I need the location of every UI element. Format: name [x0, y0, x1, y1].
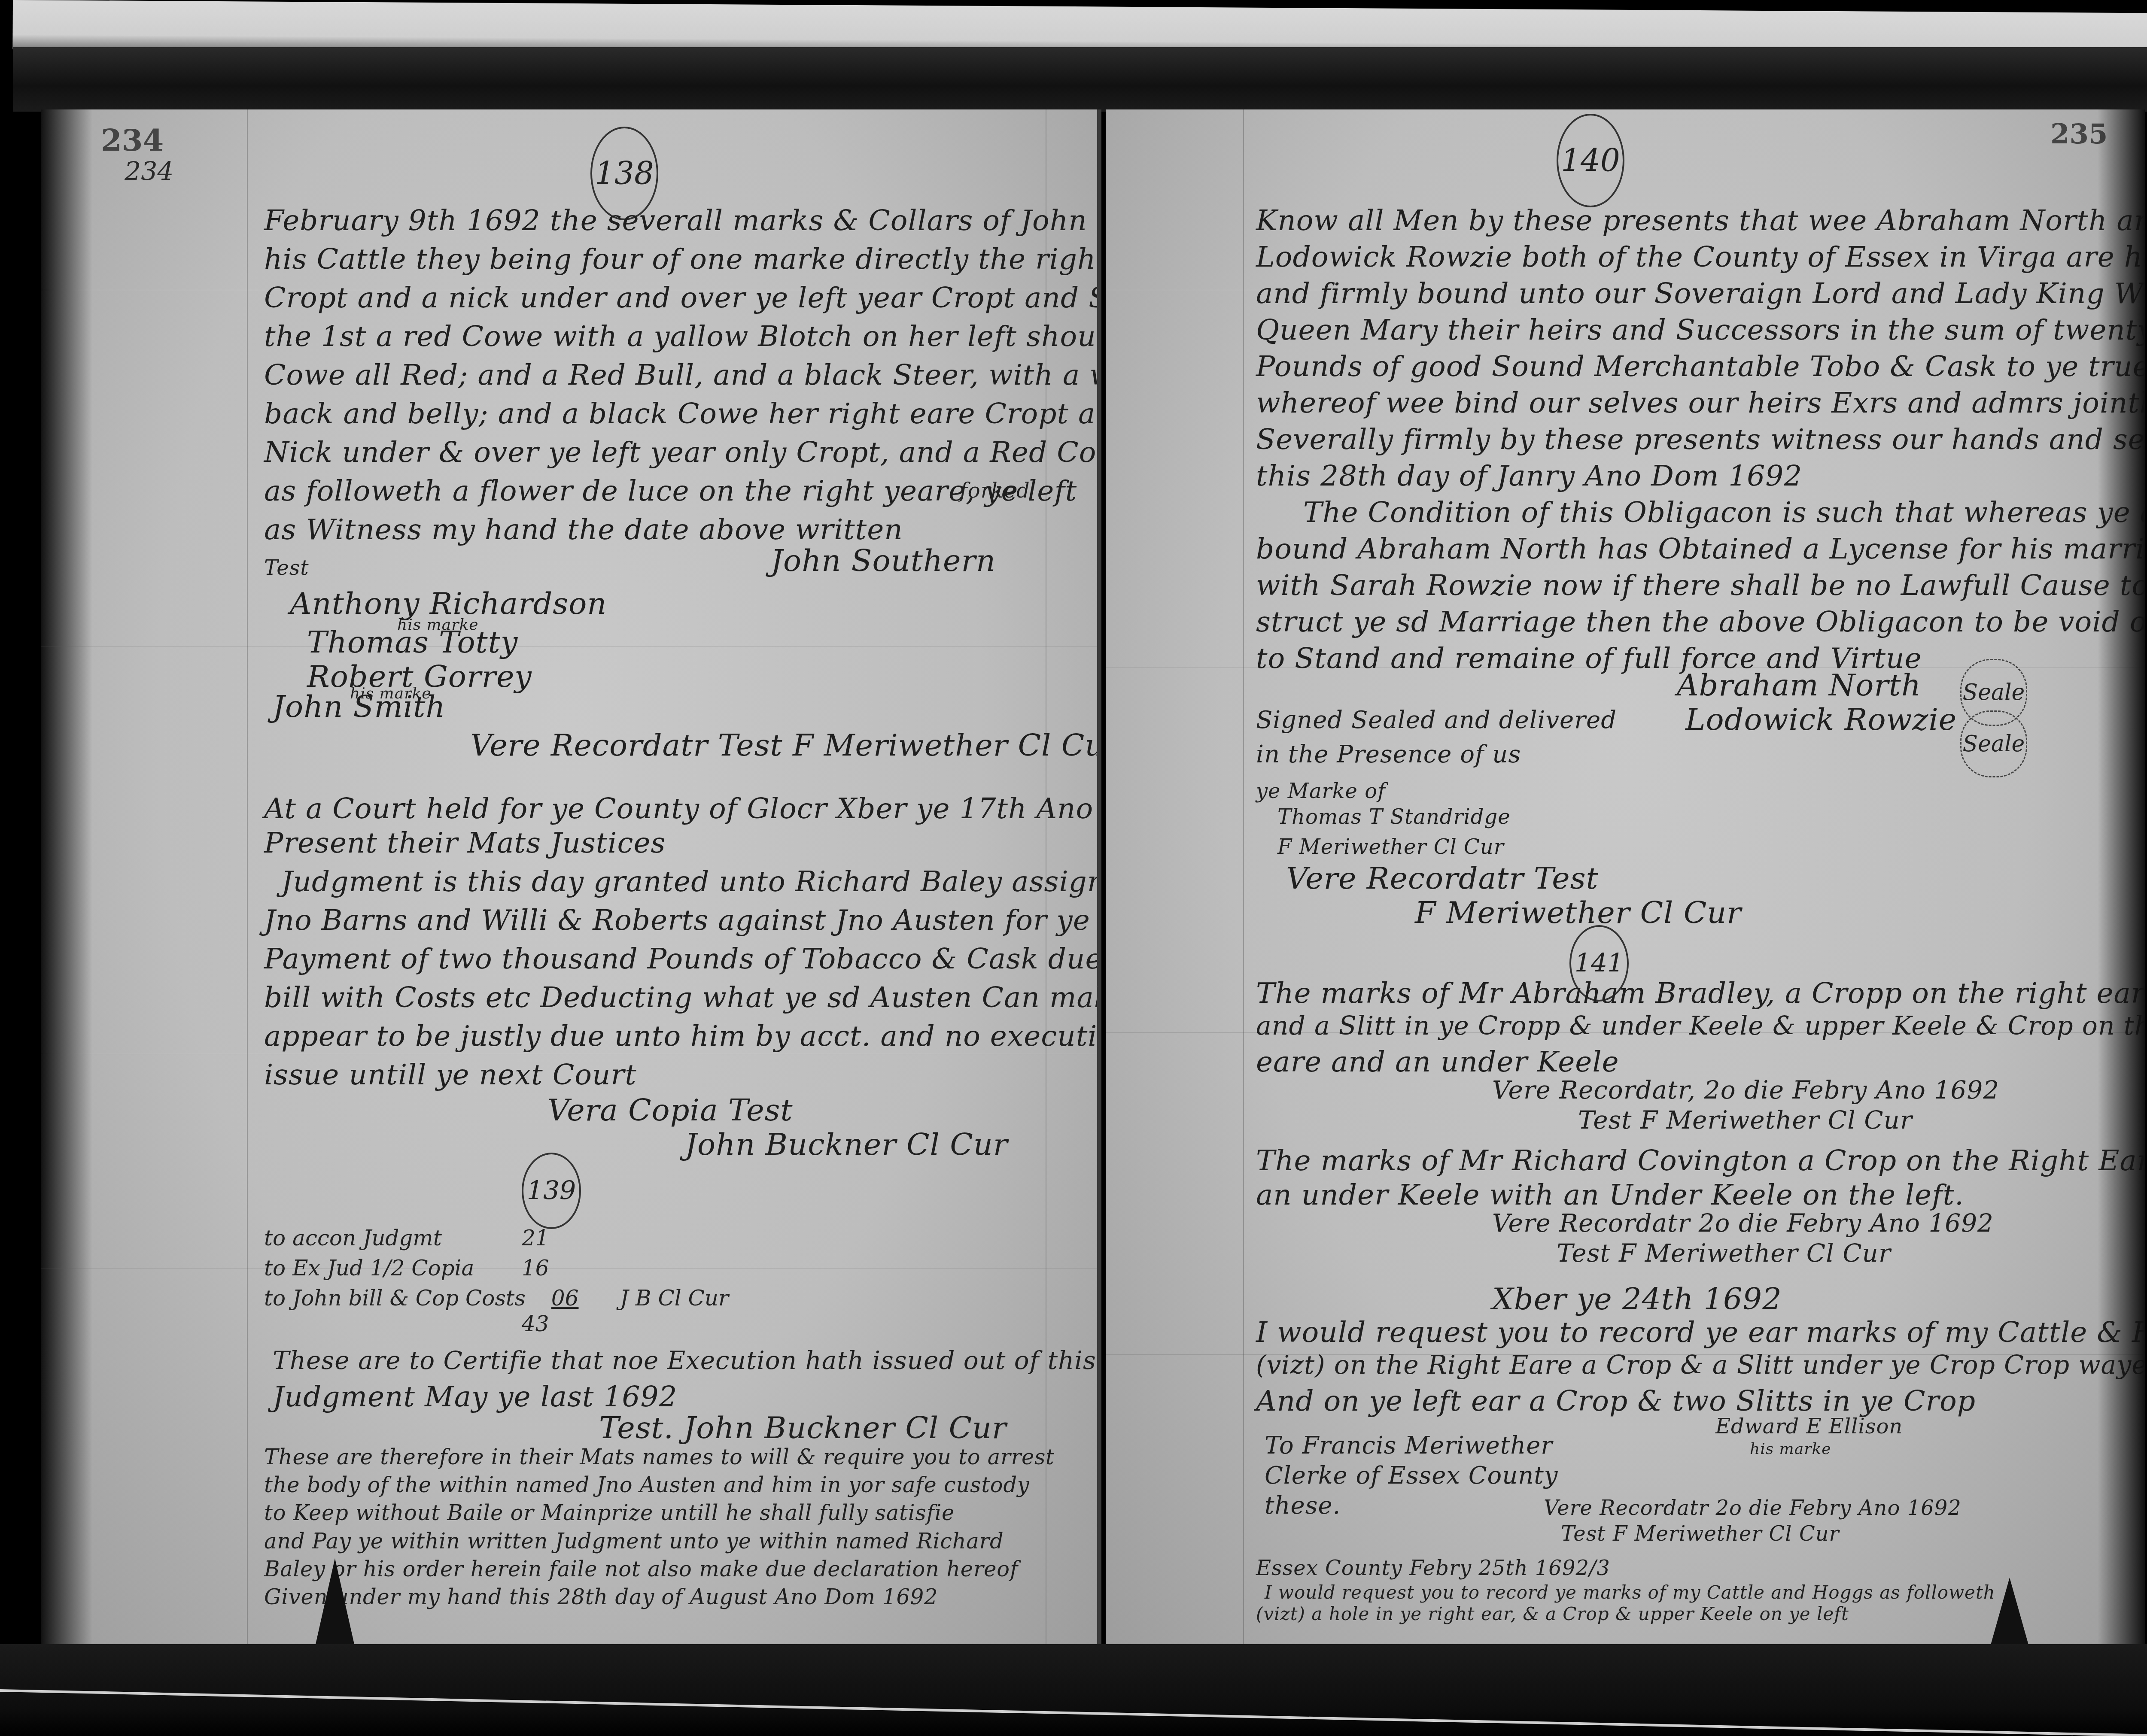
recorded-attestation: Vere Recordatr Test F Meriwether Cl Cur	[470, 728, 1101, 763]
bond-line: whereof wee bind our selves our heirs Ex…	[1256, 386, 2145, 419]
film-dark-band	[13, 47, 2147, 112]
entry-number-140: 140	[1557, 114, 1624, 207]
certificate-line: These are to Certifie that noe Execution…	[273, 1346, 1101, 1375]
ellison-line: I would request you to record ye ear mar…	[1256, 1316, 2145, 1349]
folio-stamp: 235	[2050, 118, 2108, 150]
court-line: Judgment is this day granted unto Richar…	[281, 865, 1101, 898]
court-line: bill with Costs etc Deducting what ye sd…	[264, 981, 1101, 1014]
bond-line: Know all Men by these presents that wee …	[1256, 204, 2145, 237]
certificate-signature: Test. John Buckner Cl Cur	[599, 1410, 1007, 1445]
clerk-signature: Test F Meriwether Cl Cur	[1557, 1238, 1891, 1268]
ellison-line: And on ye left ear a Crop & two Slitts i…	[1256, 1384, 1976, 1417]
fee-row: to John bill & Cop Costs 06 J B Cl Cur	[264, 1286, 729, 1311]
attestation-line: Signed Sealed and delivered	[1256, 706, 1617, 734]
certificate-line: Judgment May ye last 1692	[273, 1380, 677, 1413]
film-clip	[1990, 1578, 2029, 1644]
clerk-signature: F Meriwether Cl Cur	[1415, 895, 1742, 930]
entry-138-line: Nick under & over ye left year only Crop…	[264, 436, 1101, 469]
bradley-line: The marks of Mr Abraham Bradley, a Cropp…	[1256, 977, 2145, 1010]
clerk-signature: Test F Meriwether Cl Cur	[1561, 1522, 1840, 1546]
court-line: appear to be justly due unto him by acct…	[264, 1020, 1101, 1053]
covington-line: an under Keele with an Under Keele on th…	[1256, 1178, 1964, 1211]
entry-138-line: Cowe all Red; and a Red Bull, and a blac…	[264, 358, 1101, 392]
recorded-attestation: Vere Recordatr 2o die Febry Ano 1692	[1544, 1496, 1961, 1520]
warrant-line: and Pay ye within written Judgment unto …	[264, 1529, 1055, 1554]
film-clip	[316, 1558, 354, 1644]
addressee-line: To Francis Meriwether	[1265, 1432, 1553, 1460]
witness-mark-label: ye Marke of	[1256, 779, 1386, 803]
bond-line: Severally firmly by these presents witne…	[1256, 423, 2145, 456]
witness-name: Thomas T Standridge	[1277, 805, 1511, 829]
warrant-line: Given under my hand this 28th day of Aug…	[264, 1584, 1055, 1609]
signature-john-southern: John Southern	[771, 543, 996, 578]
covington-line: The marks of Mr Richard Covington a Crop…	[1256, 1144, 2145, 1177]
court-line: Jno Barns and Willi & Roberts against Jn…	[264, 904, 1101, 937]
bond-condition-line: with Sarah Rowzie now if there shall be …	[1256, 569, 2145, 602]
entry-138-line: February 9th 1692 the severall marks & C…	[264, 204, 1101, 237]
recorded-attestation: Vere Recordatr Test	[1286, 861, 1599, 896]
seal: Seale	[1960, 710, 2027, 777]
bradley-line: and a Slitt in ye Cropp & under Keele & …	[1256, 1011, 2145, 1041]
signature-edward-ellison: Edward E Ellison	[1715, 1414, 1903, 1439]
clerk-signature: Test F Meriwether Cl Cur	[1578, 1105, 1913, 1135]
fee-total: 43	[522, 1311, 565, 1336]
recorded-attestation: Vere Recordatr, 2o die Febry Ano 1692	[1492, 1075, 1999, 1105]
entry-138-line: the 1st a red Cowe with a yallow Blotch …	[264, 320, 1101, 353]
recorded-attestation: Vere Recordatr 2o die Febry Ano 1692	[1492, 1208, 1994, 1238]
addressee-line: these.	[1265, 1492, 1341, 1520]
entry-138-line: Cropt and a nick under and over ye left …	[264, 281, 1101, 314]
signature-john-buckner: John Buckner Cl Cur	[685, 1127, 1008, 1162]
warrant-line: Baley or his order herein faile not also…	[264, 1557, 1055, 1581]
fee-row: to Ex Jud 1/2 Copia 16	[264, 1256, 565, 1281]
request-date: Xber ye 24th 1692	[1492, 1281, 1782, 1317]
film-frame-left	[0, 0, 13, 1736]
right-page: 235 140 Know all Men by these presents t…	[1106, 109, 2145, 1644]
mark-label: his marke	[1750, 1440, 1831, 1458]
entry-138-line: his Cattle they being four of one marke …	[264, 243, 1101, 276]
request-date: Essex County Febry 25th 1692/3	[1256, 1556, 1610, 1580]
folio-stamp: 234	[101, 122, 164, 158]
bond-line: Lodowick Rowzie both of the County of Es…	[1256, 240, 2145, 273]
bradley-line: eare and an under Keele	[1256, 1045, 1619, 1078]
entry-138-line: as Witness my hand the date above writte…	[264, 513, 903, 546]
bond-condition-line: The Condition of this Obligacon is such …	[1303, 496, 2145, 529]
ellison-line: (vizt) on the Right Eare a Crop & a Slit…	[1256, 1350, 2145, 1380]
bond-line: this 28th day of Janry Ano Dom 1692	[1256, 459, 1802, 492]
vera-copia-attest: Vera Copia Test	[547, 1093, 793, 1128]
warrant-line: to Keep without Baile or Mainprize until…	[264, 1501, 1055, 1526]
signature-lodowick-rowzie: Lodowick Rowzie	[1685, 702, 1957, 737]
bond-condition-line: bound Abraham North has Obtained a Lycen…	[1256, 532, 2145, 565]
richardson-line: (vizt) a hole in ye right ear, & a Crop …	[1256, 1603, 1849, 1624]
ledger-book: 234 234 138 February 9th 1692 the severa…	[41, 109, 2147, 1644]
witness-name: Thomas Totty	[307, 625, 518, 660]
left-page: 234 234 138 February 9th 1692 the severa…	[41, 109, 1101, 1644]
entry-number-139: 139	[522, 1153, 581, 1229]
court-line: Payment of two thousand Pounds of Tobacc…	[264, 942, 1101, 975]
bond-line: and firmly bound unto our Soveraign Lord…	[1256, 277, 2145, 310]
warrant-line: the body of the within named Jno Austen …	[264, 1472, 1055, 1497]
warrant-line: These are therefore in their Mats names …	[264, 1445, 1055, 1469]
bond-condition-line: struct ye sd Marriage then the above Obl…	[1256, 605, 2145, 638]
fee-row: to accon Judgmt 21	[264, 1226, 565, 1250]
court-present: Present their Mats Justices	[264, 826, 666, 859]
court-line: issue untill ye next Court	[264, 1058, 637, 1091]
warrant-block: These are therefore in their Mats names …	[264, 1445, 1055, 1593]
margin-rule	[247, 109, 248, 1644]
addressee-line: Clerke of Essex County	[1265, 1462, 1558, 1490]
attestation-line: in the Presence of us	[1256, 741, 1521, 768]
witness-name: John Smith	[273, 689, 446, 724]
margin-rule	[1243, 109, 1244, 1644]
entry-138-line: back and belly; and a black Cowe her rig…	[264, 397, 1101, 430]
film-frame-bottom	[0, 1644, 2147, 1736]
signature-abraham-north: Abraham North	[1677, 668, 1921, 703]
test-label: Test	[264, 556, 309, 580]
bond-line: Queen Mary their heirs and Successors in…	[1256, 313, 2145, 346]
richardson-line: I would request you to record ye marks o…	[1265, 1582, 1995, 1603]
bond-line: Pounds of good Sound Merchantable Tobo &…	[1256, 350, 2145, 383]
folio-handwritten: 234	[125, 157, 174, 187]
witness-name: F Meriwether Cl Cur	[1277, 835, 1504, 859]
entry-138-line: as followeth a flower de luce on the rig…	[264, 474, 1077, 507]
court-heading: At a Court held for ye County of Glocr X…	[264, 792, 1101, 825]
margin-word: forked	[960, 479, 1030, 503]
